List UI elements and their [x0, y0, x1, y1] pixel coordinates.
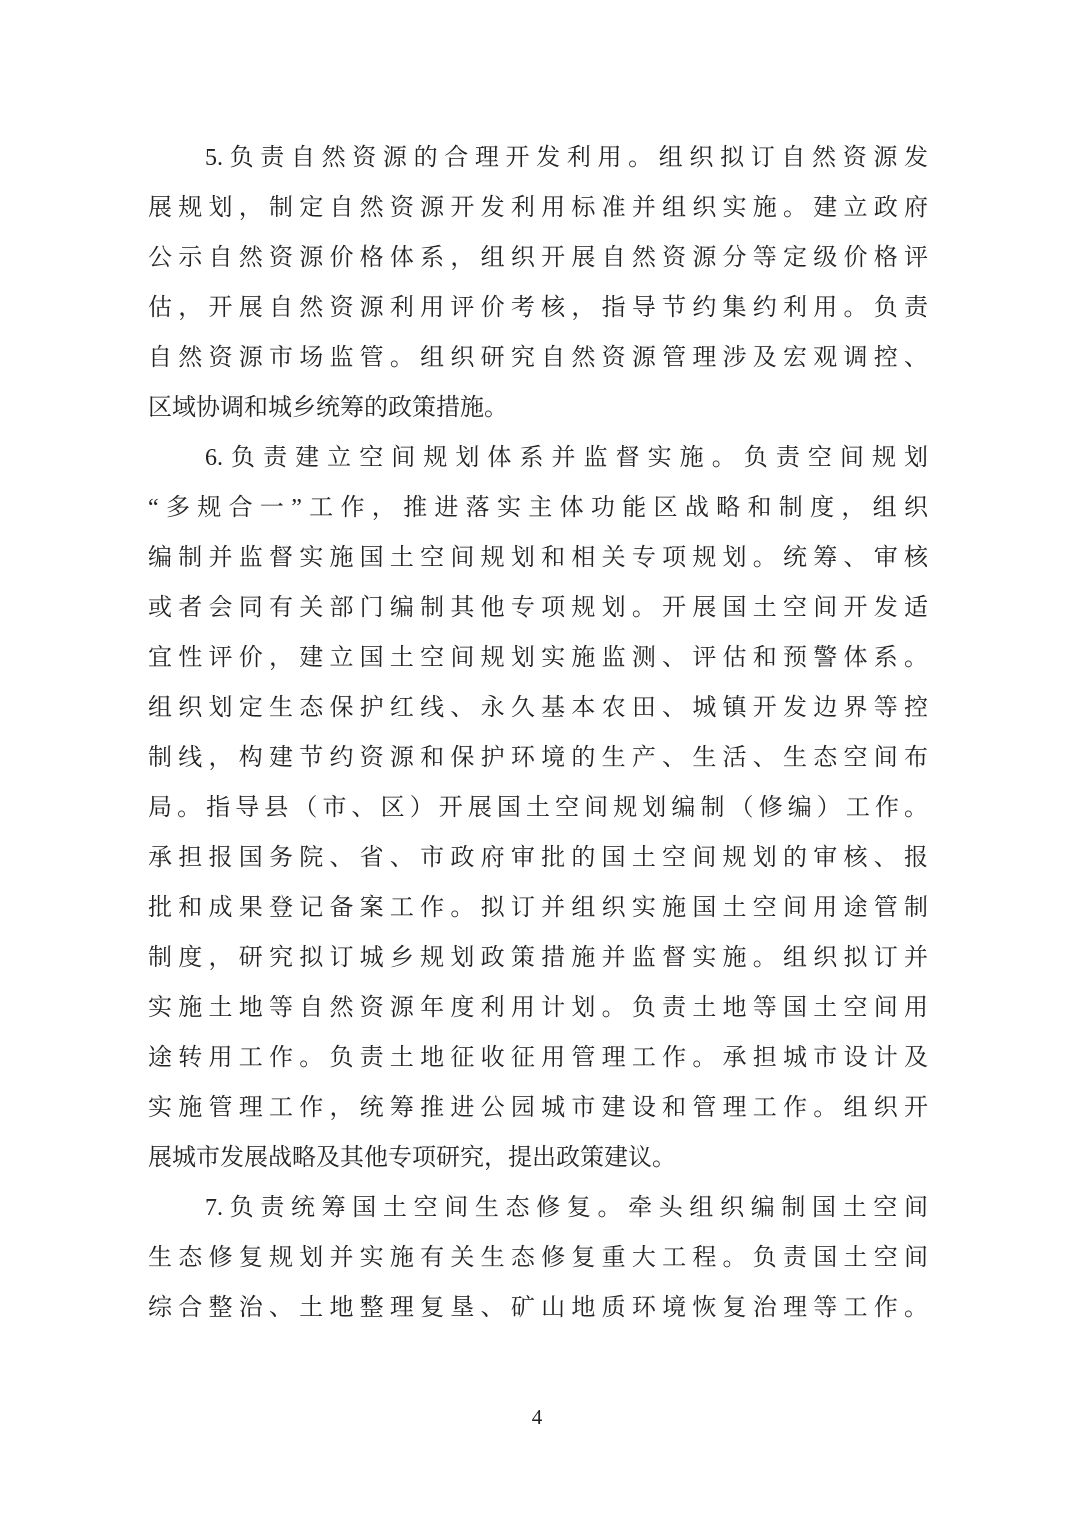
text-line: 区域协调和城乡统筹的政策措施。 — [148, 383, 928, 433]
text-line: 组织划定生态保护红线、永久基本农田、城镇开发边界等控 — [148, 683, 928, 733]
text-line: 展规划，制定自然资源开发利用标准并组织实施。建立政府 — [148, 183, 928, 233]
text-line: 公示自然资源价格体系，组织开展自然资源分等定级价格评 — [148, 233, 928, 283]
text-line: 宜性评价，建立国土空间规划实施监测、评估和预警体系。 — [148, 633, 928, 683]
text-line: 6.负责建立空间规划体系并监督实施。负责空间规划 — [148, 433, 928, 483]
text-line: 制度，研究拟订城乡规划政策措施并监督实施。组织拟订并 — [148, 933, 928, 983]
paragraph-duty-item-6: 6.负责建立空间规划体系并监督实施。负责空间规划“多规合一”工作，推进落实主体功… — [148, 433, 928, 1183]
text-line: 制线，构建节约资源和保护环境的生产、生活、生态空间布 — [148, 733, 928, 783]
page-number: 4 — [532, 1405, 543, 1429]
text-line: 批和成果登记备案工作。拟订并组织实施国土空间用途管制 — [148, 883, 928, 933]
text-line: 承担报国务院、省、市政府审批的国土空间规划的审核、报 — [148, 833, 928, 883]
text-line: 编制并监督实施国土空间规划和相关专项规划。统筹、审核 — [148, 533, 928, 583]
paragraph-duty-item-7: 7.负责统筹国土空间生态修复。牵头组织编制国土空间生态修复规划并实施有关生态修复… — [148, 1183, 928, 1333]
page-footer: 4 — [0, 1405, 1074, 1430]
text-line: “多规合一”工作，推进落实主体功能区战略和制度，组织 — [148, 483, 928, 533]
text-line: 7.负责统筹国土空间生态修复。牵头组织编制国土空间 — [148, 1183, 928, 1233]
text-line: 自然资源市场监管。组织研究自然资源管理涉及宏观调控、 — [148, 333, 928, 383]
text-line: 估，开展自然资源利用评价考核，指导节约集约利用。负责 — [148, 283, 928, 333]
paragraph-duty-item-5: 5.负责自然资源的合理开发利用。组织拟订自然资源发展规划，制定自然资源开发利用标… — [148, 133, 928, 433]
text-line: 5.负责自然资源的合理开发利用。组织拟订自然资源发 — [148, 133, 928, 183]
text-line: 实施土地等自然资源年度利用计划。负责土地等国土空间用 — [148, 983, 928, 1033]
text-line: 途转用工作。负责土地征收征用管理工作。承担城市设计及 — [148, 1033, 928, 1083]
text-block: 5.负责自然资源的合理开发利用。组织拟订自然资源发展规划，制定自然资源开发利用标… — [148, 133, 928, 1333]
text-line: 展城市发展战略及其他专项研究，提出政策建议。 — [148, 1133, 928, 1183]
text-line: 综合整治、土地整理复垦、矿山地质环境恢复治理等工作。 — [148, 1283, 928, 1333]
text-line: 生态修复规划并实施有关生态修复重大工程。负责国土空间 — [148, 1233, 928, 1283]
text-line: 或者会同有关部门编制其他专项规划。开展国土空间开发适 — [148, 583, 928, 633]
text-line: 实施管理工作，统筹推进公园城市建设和管理工作。组织开 — [148, 1083, 928, 1133]
text-line: 局。指导县（市、区）开展国土空间规划编制（修编）工作。 — [148, 783, 928, 833]
document-page: 5.负责自然资源的合理开发利用。组织拟订自然资源发展规划，制定自然资源开发利用标… — [0, 0, 1074, 1520]
